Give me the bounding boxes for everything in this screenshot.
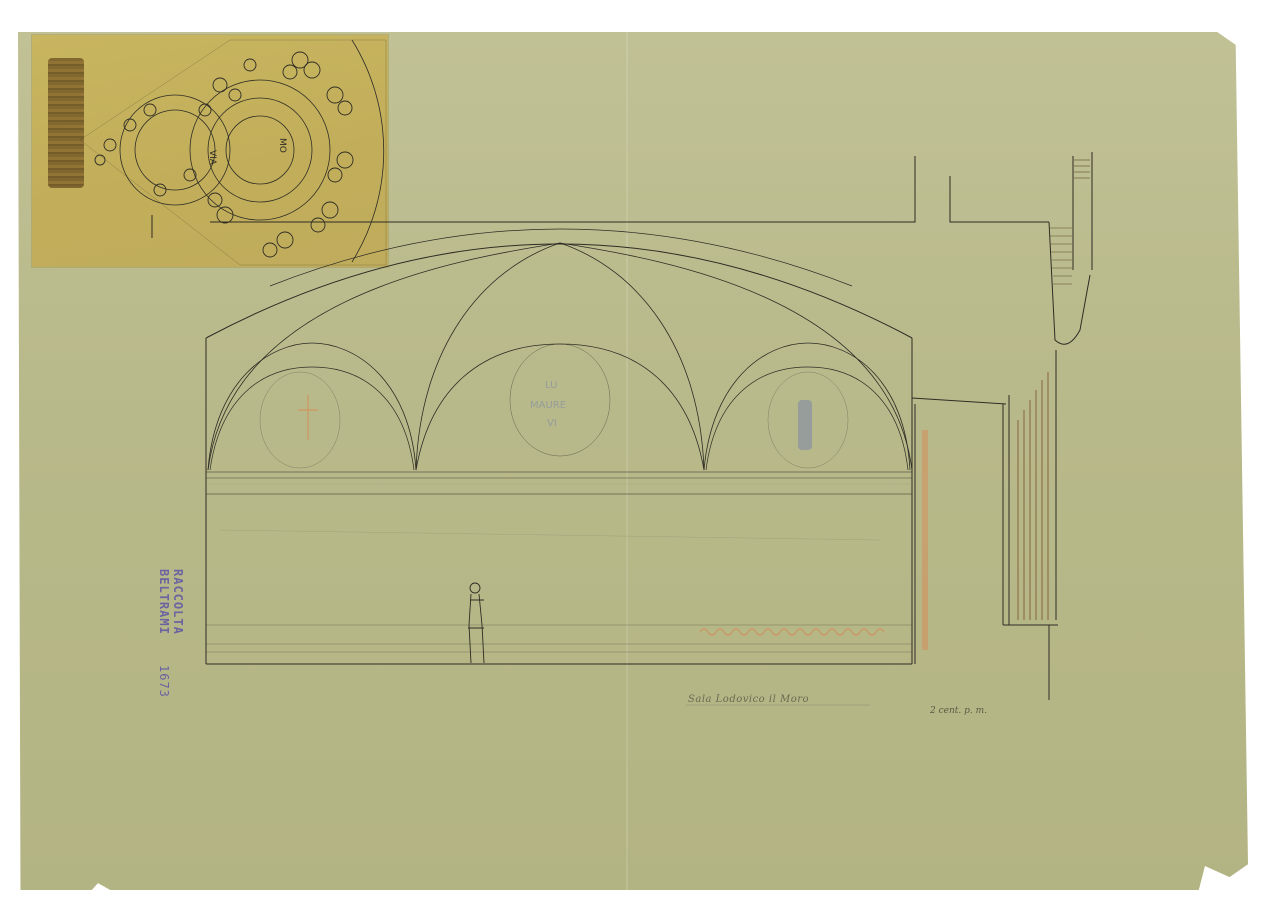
overlay-inscription-1: VIA	[207, 150, 217, 166]
scale-note: 2 cent. p. m.	[930, 706, 987, 716]
architectural-section-drawing: VIA MO LU MAURE VI	[0, 0, 1280, 907]
stamp-number: 1673	[157, 665, 171, 698]
stamp-line-1: RACCOLTA	[171, 569, 185, 697]
blue-accents: LU MAURE VI	[530, 380, 812, 450]
svg-text:VI: VI	[547, 418, 557, 429]
collection-stamp: RACCOLTA BELTRAMI 1673	[155, 569, 185, 697]
fluted-pilaster	[1018, 372, 1048, 620]
overlay-inscription-2: MO	[277, 138, 287, 153]
colored-accents	[298, 395, 884, 635]
figure-silhouette	[468, 583, 484, 663]
drawing-title: Sala Lodovico il Moro	[688, 694, 809, 705]
svg-text:MAURE: MAURE	[530, 400, 566, 411]
svg-text:LU: LU	[545, 380, 557, 391]
hatched-cornice	[1050, 160, 1090, 284]
orange-border-band	[922, 430, 928, 650]
pencil-detail	[206, 484, 912, 540]
interlace-ornament	[80, 40, 386, 265]
